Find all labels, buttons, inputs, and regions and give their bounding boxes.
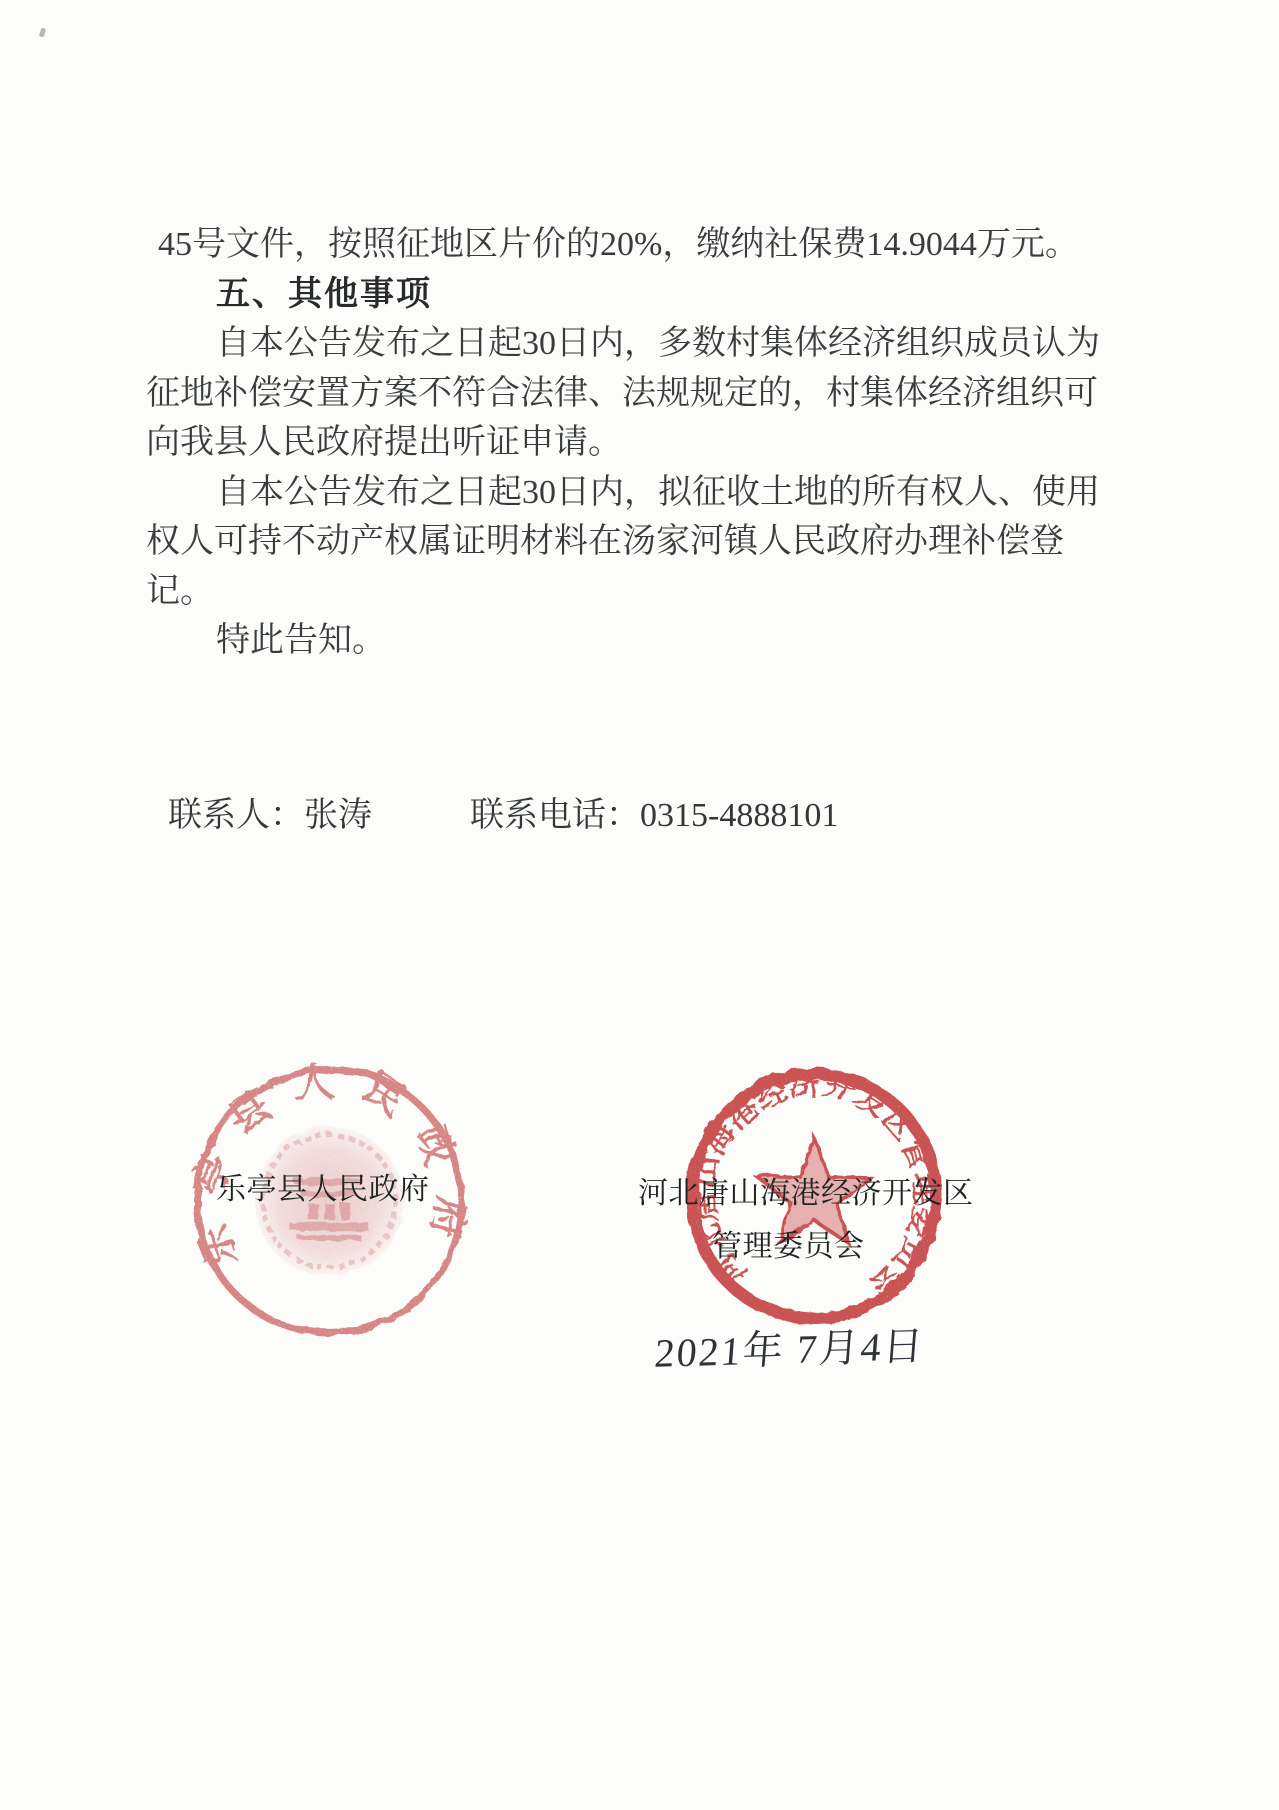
scan-speck: [39, 27, 47, 37]
signature-right-government-line1: 河北唐山海港经济开发区: [638, 1168, 974, 1212]
body-line: 记。: [146, 567, 1111, 617]
document-body: 45号文件，按照征地区片价的20%，缴纳社保费14.9044万元。 五、其他事项…: [146, 220, 1111, 666]
body-line: 权人可持不动产权属证明材料在汤家河镇人民政府办理补偿登: [146, 517, 1111, 567]
body-line: 向我县人民政府提出听证申请。: [146, 418, 1111, 468]
body-line: 45号文件，按照征地区片价的20%，缴纳社保费14.9044万元。: [146, 220, 1111, 270]
handwritten-date: 2021年 7月4日: [653, 1314, 927, 1379]
contact-person: 联系人：张涛: [168, 787, 372, 836]
body-line: 征地补偿安置方案不符合法律、法规规定的，村集体经济组织可: [146, 369, 1111, 419]
body-line: 自本公告发布之日起30日内，拟征收土地的所有权人、使用: [146, 468, 1111, 518]
body-line: 自本公告发布之日起30日内，多数村集体经济组织成员认为: [146, 319, 1111, 369]
signature-left-government: 乐亭县人民政府: [216, 1164, 430, 1208]
contact-row: 联系人：张涛 联系电话：0315-4888101: [0, 787, 1279, 847]
contact-phone: 联系电话：0315-4888101: [470, 787, 838, 836]
scanned-document-page: 45号文件，按照征地区片价的20%，缴纳社保费14.9044万元。 五、其他事项…: [0, 0, 1279, 1810]
signature-right-government-line2: 管理委员会: [712, 1221, 865, 1265]
section-heading: 五、其他事项: [146, 270, 1111, 320]
body-line: 特此告知。: [146, 616, 1111, 666]
